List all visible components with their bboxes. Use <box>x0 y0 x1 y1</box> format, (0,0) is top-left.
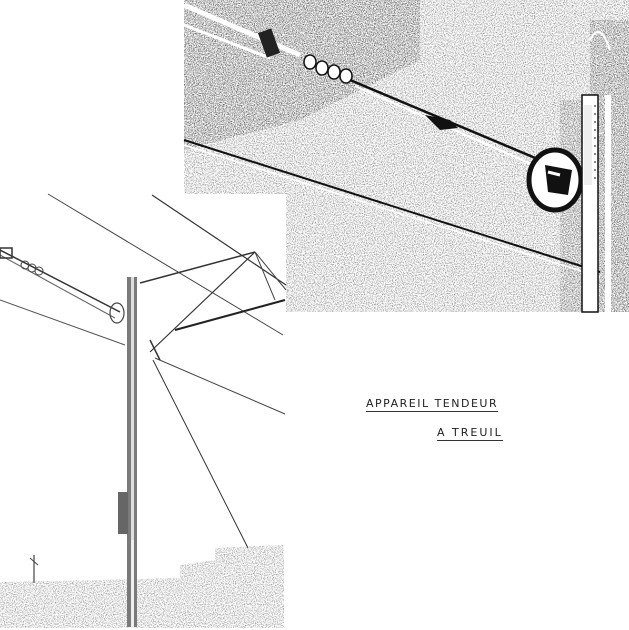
winch-closeup-photo <box>0 0 629 630</box>
document-page: APPAREIL TENDEUR A TREUIL <box>0 0 629 630</box>
winch-drum <box>529 150 581 210</box>
caption-line-2: A TREUIL <box>437 426 503 441</box>
caption-line-1: APPAREIL TENDEUR <box>366 397 498 412</box>
